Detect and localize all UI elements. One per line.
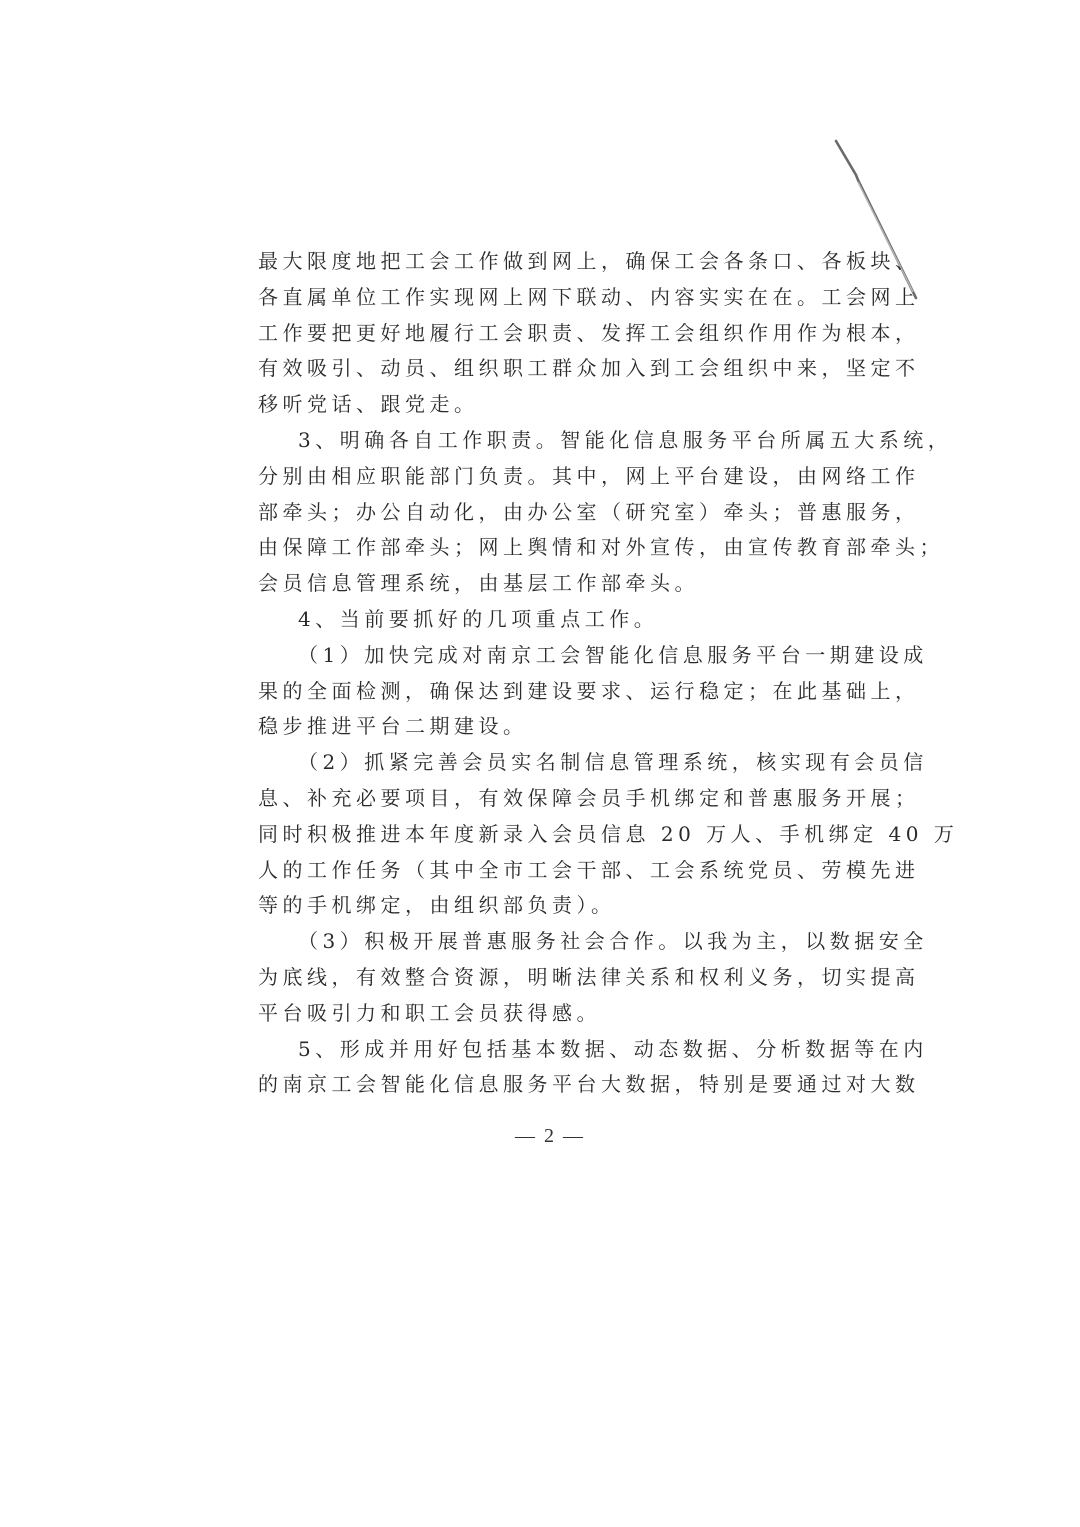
text-line: 4、当前要抓好的几项重点工作。 (258, 602, 828, 638)
text-line: 人的工作任务（其中全市工会干部、工会系统党员、劳模先进 (258, 853, 828, 889)
text-line: 的南京工会智能化信息服务平台大数据，特别是要通过对大数 (258, 1067, 828, 1103)
text-line: 各直属单位工作实现网上网下联动、内容实实在在。工会网上 (258, 280, 828, 316)
text-line: 分别由相应职能部门负责。其中，网上平台建设，由网络工作 (258, 459, 828, 495)
text-line: 稳步推进平台二期建设。 (258, 709, 828, 745)
text-line: 5、形成并用好包括基本数据、动态数据、分析数据等在内 (258, 1032, 828, 1068)
text-line: 同时积极推进本年度新录入会员信息 20 万人、手机绑定 40 万 (258, 817, 828, 853)
paragraph-item-5: 5、形成并用好包括基本数据、动态数据、分析数据等在内 的南京工会智能化信息服务平… (258, 1032, 828, 1104)
page-number: — 2 — (500, 1125, 600, 1148)
text-line: 工作要把更好地履行工会职责、发挥工会组织作用作为根本， (258, 316, 828, 352)
text-line: 由保障工作部牵头；网上舆情和对外宣传，由宣传教育部牵头； (258, 530, 828, 566)
text-line: （3）积极开展普惠服务社会合作。以我为主，以数据安全 (258, 924, 828, 960)
text-line: （1）加快完成对南京工会智能化信息服务平台一期建设成 (258, 638, 828, 674)
text-line: 最大限度地把工会工作做到网上，确保工会各条口、各板块、 (258, 244, 828, 280)
paragraph-item-4-1: （1）加快完成对南京工会智能化信息服务平台一期建设成 果的全面检测，确保达到建设… (258, 638, 828, 745)
text-line: 部牵头；办公自动化，由办公室（研究室）牵头；普惠服务， (258, 495, 828, 531)
text-line: 有效吸引、动员、组织职工群众加入到工会组织中来，坚定不 (258, 351, 828, 387)
text-line: 为底线，有效整合资源，明晰法律关系和权利义务，切实提高 (258, 960, 828, 996)
paragraph-item-4-2: （2）抓紧完善会员实名制信息管理系统，核实现有会员信 息、补充必要项目，有效保障… (258, 745, 828, 924)
text-line: 息、补充必要项目，有效保障会员手机绑定和普惠服务开展； (258, 781, 828, 817)
text-line: 果的全面检测，确保达到建设要求、运行稳定；在此基础上， (258, 674, 828, 710)
text-line: 3、明确各自工作职责。智能化信息服务平台所属五大系统， (258, 423, 828, 459)
paragraph-continuation: 最大限度地把工会工作做到网上，确保工会各条口、各板块、 各直属单位工作实现网上网… (258, 244, 828, 423)
paragraph-item-4: 4、当前要抓好的几项重点工作。 (258, 602, 828, 638)
text-line: 平台吸引力和职工会员获得感。 (258, 996, 828, 1032)
text-line: 会员信息管理系统，由基层工作部牵头。 (258, 566, 828, 602)
text-line: 等的手机绑定，由组织部负责）。 (258, 888, 828, 924)
document-body: 最大限度地把工会工作做到网上，确保工会各条口、各板块、 各直属单位工作实现网上网… (258, 244, 828, 1103)
paragraph-item-4-3: （3）积极开展普惠服务社会合作。以我为主，以数据安全 为底线，有效整合资源，明晰… (258, 924, 828, 1031)
document-page: 最大限度地把工会工作做到网上，确保工会各条口、各板块、 各直属单位工作实现网上网… (0, 0, 1080, 1527)
paragraph-item-3: 3、明确各自工作职责。智能化信息服务平台所属五大系统， 分别由相应职能部门负责。… (258, 423, 828, 602)
text-line: 移听党话、跟党走。 (258, 387, 828, 423)
text-line: （2）抓紧完善会员实名制信息管理系统，核实现有会员信 (258, 745, 828, 781)
